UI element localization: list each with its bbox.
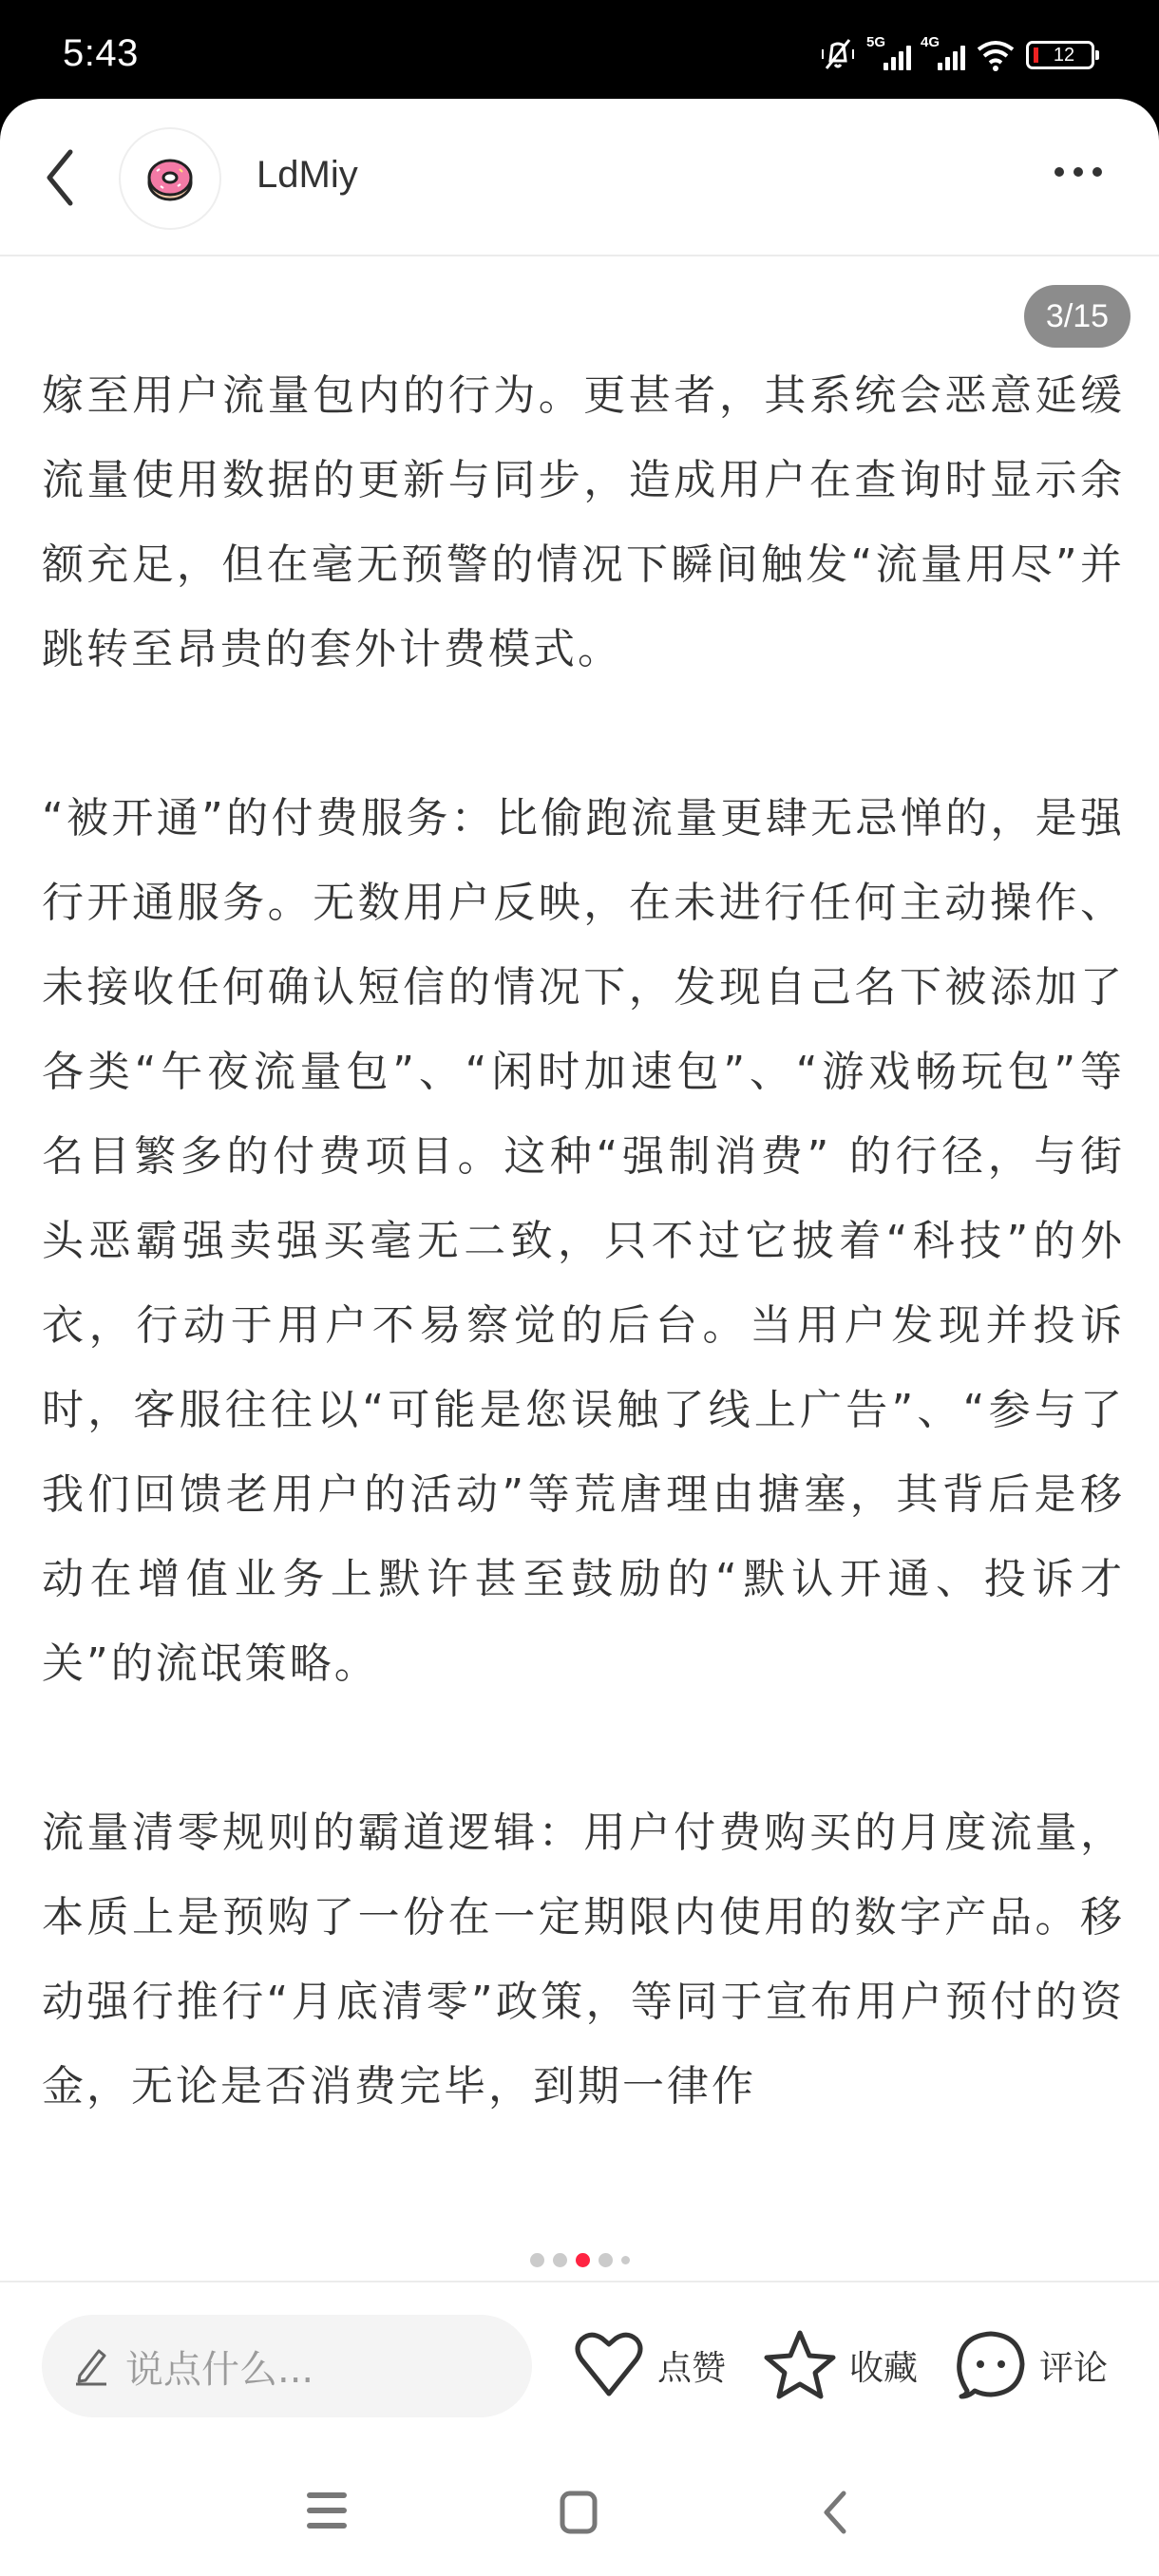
collect-button[interactable]: 收藏 xyxy=(762,2322,918,2408)
star-icon xyxy=(762,2329,838,2401)
heart-icon xyxy=(572,2331,646,2399)
more-options-button[interactable] xyxy=(1054,167,1102,177)
collect-label: 收藏 xyxy=(849,2341,918,2390)
system-nav-bar xyxy=(0,2442,1159,2576)
status-time: 5:43 xyxy=(63,32,139,75)
menu-icon xyxy=(306,2490,348,2531)
carousel-dot xyxy=(621,2256,630,2264)
battery-level: 12 xyxy=(1054,45,1074,66)
dot xyxy=(1073,167,1083,177)
status-bar: 5:43 5G 4G 12 xyxy=(0,0,1159,104)
author-avatar[interactable] xyxy=(119,127,221,230)
like-button[interactable]: 点赞 xyxy=(572,2322,726,2408)
comment-button[interactable]: 评论 xyxy=(954,2322,1108,2408)
carousel-dot-active xyxy=(576,2253,590,2267)
author-name[interactable]: LdMiy xyxy=(256,154,358,197)
donut-icon xyxy=(142,150,199,207)
note-image-text: 嫁至用户流量包内的行为。更甚者，其系统会恶意延缓流量使用数据的更新与同步，造成用… xyxy=(42,353,1125,2129)
comment-input[interactable]: 说点什么... xyxy=(42,2315,532,2417)
mute-vibrate-icon xyxy=(819,36,857,74)
pencil-icon xyxy=(72,2345,110,2387)
nav-home-button[interactable] xyxy=(559,2490,600,2539)
carousel-dot xyxy=(598,2253,613,2267)
comment-label: 评论 xyxy=(1039,2341,1108,2390)
dot xyxy=(1054,167,1064,177)
paragraph: “被开通”的付费服务：比偷跑流量更肆无忌惮的，是强行开通服务。无数用户反映，在未… xyxy=(42,776,1125,1706)
carousel-dots xyxy=(0,2253,1159,2267)
comment-placeholder: 说点什么... xyxy=(125,2339,313,2394)
image-page-indicator: 3/15 xyxy=(1024,285,1130,348)
note-detail-sheet: LdMiy 3/15 嫁至用户流量包内的行为。更甚者，其系统会恶意延缓流量使用数… xyxy=(0,99,1159,2576)
nav-menu-button[interactable] xyxy=(306,2490,348,2535)
status-icons: 5G 4G 12 xyxy=(819,34,1094,76)
back-button[interactable] xyxy=(38,144,85,211)
paragraph: 流量清零规则的霸道逻辑：用户付费购买的月度流量，本质上是预购了一份在一定期限内使… xyxy=(42,1790,1125,2129)
signal-5g-icon: 5G xyxy=(866,40,911,70)
battery-icon: 12 xyxy=(1026,41,1094,69)
paragraph: 嫁至用户流量包内的行为。更甚者，其系统会恶意延缓流量使用数据的更新与同步，造成用… xyxy=(42,353,1125,691)
wifi-icon xyxy=(975,38,1016,72)
home-square-icon xyxy=(559,2490,600,2535)
comment-bubble-icon xyxy=(954,2328,1028,2402)
dot xyxy=(1092,167,1102,177)
nav-back-button[interactable] xyxy=(817,2490,851,2539)
like-label: 点赞 xyxy=(657,2341,726,2390)
header: LdMiy xyxy=(0,99,1159,256)
back-chevron-icon xyxy=(817,2490,851,2535)
carousel-dot xyxy=(530,2253,544,2267)
bottom-action-bar: 说点什么... 点赞 收藏 评论 xyxy=(0,2281,1159,2442)
carousel-dot xyxy=(553,2253,567,2267)
chevron-left-icon xyxy=(38,144,85,211)
signal-4g-icon: 4G xyxy=(921,40,965,70)
